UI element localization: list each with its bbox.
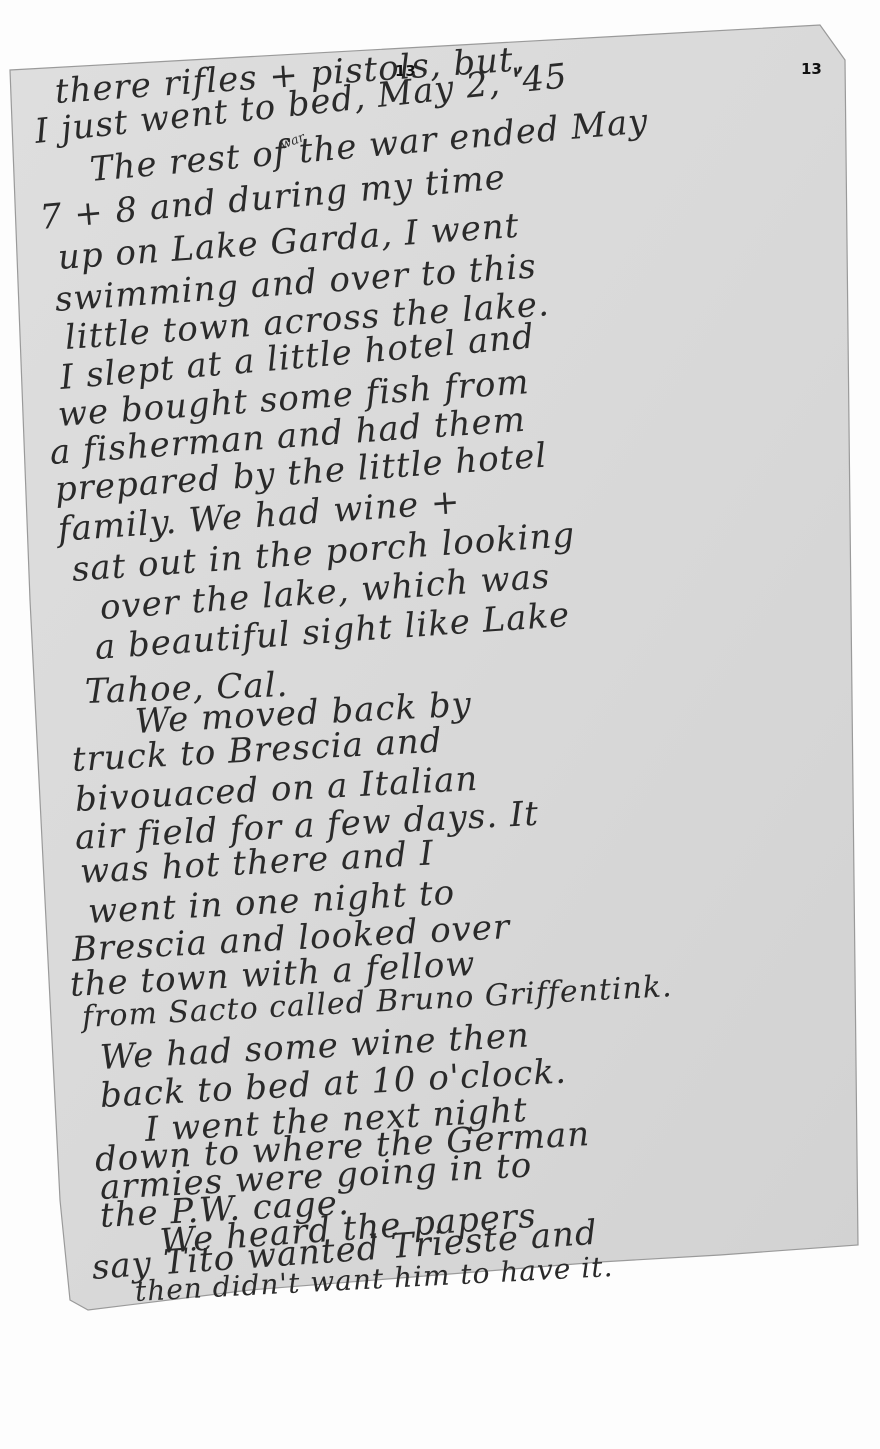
handwritten-text-body: war there rifles + pistols, but, I just … (0, 0, 880, 1449)
letter-page: 13 13 war there rifles + pistols, but, I… (0, 0, 880, 1449)
